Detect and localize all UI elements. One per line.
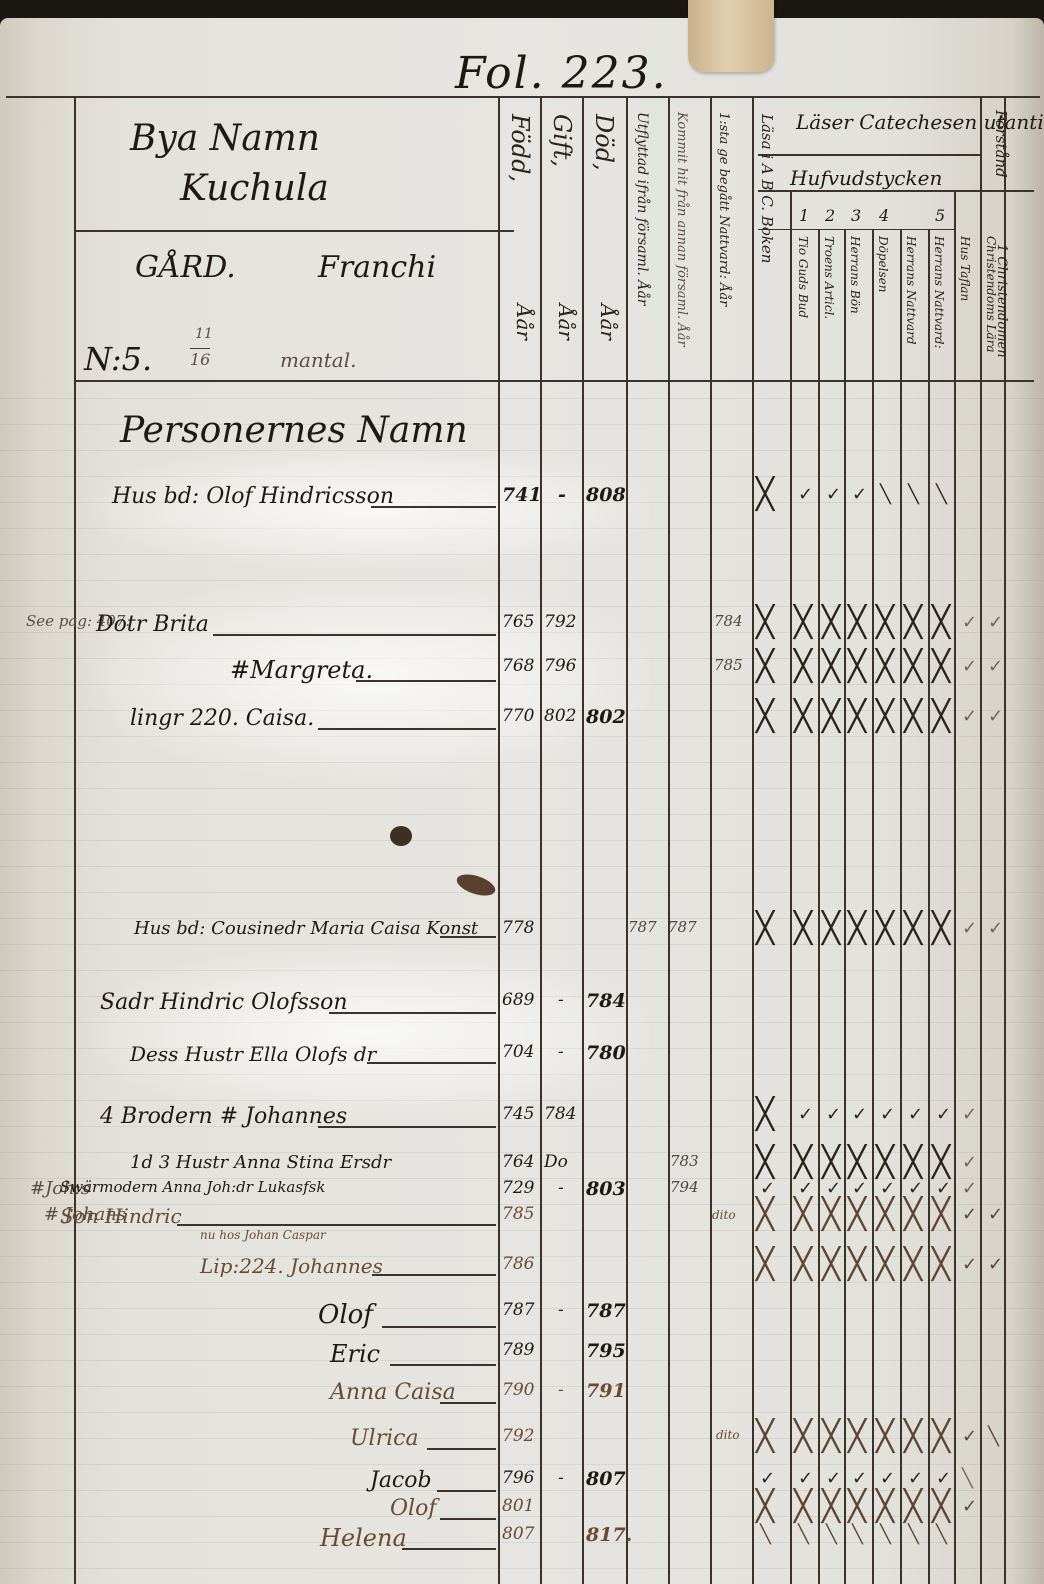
subcolumn-number: 4 xyxy=(879,206,889,225)
cross-mark: ╳ xyxy=(794,1492,812,1522)
col-gift-label: Gift, xyxy=(548,114,576,167)
check-mark: ✓ xyxy=(936,1180,951,1198)
slash-mark: ╲ xyxy=(988,1428,999,1446)
check-mark: ✓ xyxy=(936,1470,951,1488)
cross-mark: ╳ xyxy=(876,1422,894,1452)
name-leader-line xyxy=(356,680,496,682)
check-mark: ✓ xyxy=(852,1180,867,1198)
col-abc-label: Läsa i A B C. Boken xyxy=(758,114,776,263)
ruling-line xyxy=(0,1360,1044,1361)
column-line xyxy=(818,229,820,1584)
ruling-line xyxy=(0,398,1044,399)
check-mark: ✓ xyxy=(760,1180,775,1198)
subcolumn-number: 5 xyxy=(935,206,945,225)
check-mark: ✓ xyxy=(852,1106,867,1124)
death-year: 817. xyxy=(586,1524,632,1546)
check-mark: ✓ xyxy=(962,1428,977,1446)
person-name: Helena xyxy=(320,1524,407,1552)
name-leader-line xyxy=(318,1126,496,1128)
check-mark: ✓ xyxy=(988,658,1003,676)
name-leader-line xyxy=(437,1490,496,1492)
death-year: 791 xyxy=(586,1380,626,1402)
subcolumn-label: Tio Guds Bud xyxy=(796,236,810,318)
register-page: Fol. 223. Bya Namn Kuchula GÅRD. Franchi… xyxy=(0,18,1044,1584)
cross-mark: ╳ xyxy=(848,1200,866,1230)
person-name: Hus bd: Olof Hindricsson xyxy=(112,484,394,509)
cross-mark: ╳ xyxy=(822,652,840,682)
death-year: 795 xyxy=(586,1340,626,1362)
ruling-line xyxy=(0,840,1044,841)
name-leader-line xyxy=(177,1224,496,1226)
check-mark: ✓ xyxy=(988,1256,1003,1274)
col-inkommit-label: Kommit hit från annan församl. Åår xyxy=(674,112,689,347)
name-leader-line xyxy=(402,1548,496,1550)
cross-mark: ╳ xyxy=(848,652,866,682)
column-line xyxy=(752,96,754,1584)
marriage-year: 802 xyxy=(544,706,576,726)
subnum-rule xyxy=(758,229,954,230)
column-line xyxy=(710,96,712,1584)
ruling-line xyxy=(0,1100,1044,1101)
check-mark: ✓ xyxy=(962,1180,977,1198)
ink-blot xyxy=(390,826,412,846)
cross-mark: ╳ xyxy=(904,1422,922,1452)
ruling-line xyxy=(0,866,1044,867)
cross-mark: ╳ xyxy=(794,914,812,944)
check-mark: ✓ xyxy=(962,614,977,632)
cross-mark: ╳ xyxy=(822,914,840,944)
subcolumn-label: Herrans Nattvard: xyxy=(932,236,946,349)
cross-mark: ╳ xyxy=(876,1148,894,1178)
cross-mark: ╳ xyxy=(876,652,894,682)
ruling-line xyxy=(0,476,1044,477)
column-line xyxy=(954,190,956,1584)
cross-mark: ╳ xyxy=(756,1492,774,1522)
person-name: Lip:224. Johannes xyxy=(200,1254,383,1278)
ruling-line xyxy=(0,528,1044,529)
birth-year: 778 xyxy=(502,918,534,938)
death-year: 802 xyxy=(586,706,626,728)
cross-mark: ╳ xyxy=(848,608,866,638)
birth-year: 792 xyxy=(502,1426,534,1446)
death-year: 787 xyxy=(586,1300,626,1322)
slash-mark: ╲ xyxy=(908,486,919,504)
cross-mark: ╳ xyxy=(756,480,774,510)
cross-mark: ╳ xyxy=(756,702,774,732)
column-line xyxy=(540,96,542,1584)
column-line xyxy=(790,190,792,1584)
column-line xyxy=(498,96,500,1584)
cross-mark: ╳ xyxy=(794,608,812,638)
birth-year: 787 xyxy=(502,1300,534,1320)
subcolumn-label: Troens Articl. xyxy=(822,236,836,319)
check-mark: ✓ xyxy=(988,920,1003,938)
ruling-line xyxy=(0,1412,1044,1413)
village-label: Bya Namn xyxy=(130,118,320,159)
cross-mark: ╳ xyxy=(756,1148,774,1178)
birth-year: 768 xyxy=(502,656,534,676)
column-line xyxy=(74,96,76,1584)
cross-mark: ╳ xyxy=(822,1200,840,1230)
subcolumn-label: Herrans Bön xyxy=(848,236,862,314)
cross-mark: ╳ xyxy=(848,1250,866,1280)
cross-mark: ╳ xyxy=(932,702,950,732)
farm-label: GÅRD. xyxy=(135,250,236,285)
column-line xyxy=(626,96,628,1584)
cross-mark: ╳ xyxy=(756,608,774,638)
death-year: 807 xyxy=(586,1468,626,1490)
folio-number: Fol. 223. xyxy=(455,48,668,99)
ruling-line xyxy=(0,1074,1044,1075)
ruling-line xyxy=(0,814,1044,815)
slash-mark: ╲ xyxy=(826,1526,837,1544)
slash-mark: ╲ xyxy=(852,1526,863,1544)
cross-mark: ╳ xyxy=(876,1200,894,1230)
check-mark: ✓ xyxy=(962,1154,977,1172)
subcolumn-label: Hus Taflan xyxy=(958,236,972,301)
birth-year: 789 xyxy=(502,1340,534,1360)
person-name: Olof xyxy=(318,1300,373,1330)
slash-mark: ╲ xyxy=(798,1526,809,1544)
check-mark: ✓ xyxy=(962,1206,977,1224)
person-name: Hus bd: Cousinedr Maria Caisa Konst xyxy=(134,918,478,939)
cross-mark: ╳ xyxy=(848,914,866,944)
death-year: 808 xyxy=(586,484,626,506)
ruling-line xyxy=(0,1568,1044,1569)
cross-mark: ╳ xyxy=(932,1200,950,1230)
person-name: Anna Caisa xyxy=(330,1380,456,1405)
cross-mark: ╳ xyxy=(794,1422,812,1452)
slash-mark: ╲ xyxy=(880,1526,891,1544)
col-dod-unit: Åår xyxy=(596,304,620,340)
person-name: Swärmodern Anna Joh:dr Lukasfsk xyxy=(60,1178,325,1196)
check-mark: ✓ xyxy=(988,708,1003,726)
cross-mark: ╳ xyxy=(794,1250,812,1280)
cross-mark: ╳ xyxy=(876,914,894,944)
person-name: lingr 220. Caisa. xyxy=(130,706,314,731)
check-mark: ✓ xyxy=(880,1470,895,1488)
col-forstand-sub: 1 Christendomen xyxy=(994,244,1009,358)
person-name: 4 Brodern # Johannes xyxy=(100,1104,347,1129)
marriage-year: - xyxy=(558,484,566,506)
cross-mark: ╳ xyxy=(822,1422,840,1452)
marriage-year: - xyxy=(558,1178,564,1198)
check-mark: ✓ xyxy=(962,920,977,938)
ink-blot xyxy=(454,870,498,899)
check-mark: ✓ xyxy=(852,1470,867,1488)
check-mark: ✓ xyxy=(908,1180,923,1198)
cross-mark: ╳ xyxy=(822,702,840,732)
marriage-year: - xyxy=(558,1042,564,1062)
subcolumn-number: 3 xyxy=(851,206,861,225)
marriage-year: - xyxy=(558,990,564,1010)
marriage-year: - xyxy=(558,1380,564,1400)
person-name: #Margreta. xyxy=(230,656,373,684)
death-year: 780 xyxy=(586,1042,626,1064)
cross-mark: ╳ xyxy=(876,1492,894,1522)
birth-year: 785 xyxy=(502,1204,534,1224)
ruling-line xyxy=(0,970,1044,971)
col-fodd-unit: Åår xyxy=(512,304,536,340)
header-bottom-rule xyxy=(74,380,1034,382)
person-name: 1d 3 Hustr Anna Stina Ersdr xyxy=(130,1152,391,1173)
slash-mark: ╲ xyxy=(962,1470,973,1488)
ruling-line xyxy=(0,580,1044,581)
col-dod-label: Död, xyxy=(590,114,618,171)
name-leader-line xyxy=(318,728,496,730)
birth-year: 765 xyxy=(502,612,534,632)
check-mark: ✓ xyxy=(988,614,1003,632)
name-leader-line xyxy=(390,1364,496,1366)
birth-year: 801 xyxy=(502,1496,534,1516)
check-mark: ✓ xyxy=(798,486,813,504)
check-mark: ✓ xyxy=(826,486,841,504)
col-fodd-label: Född, xyxy=(506,114,534,182)
cross-mark: ╳ xyxy=(848,702,866,732)
cross-mark: ╳ xyxy=(822,608,840,638)
cross-mark: ╳ xyxy=(822,1492,840,1522)
communion-year: 785 xyxy=(714,656,743,674)
check-mark: ✓ xyxy=(798,1180,813,1198)
column-line xyxy=(980,96,982,1584)
cross-mark: ╳ xyxy=(904,914,922,944)
mantal-denominator: 16 xyxy=(190,348,210,369)
cross-mark: ╳ xyxy=(904,1250,922,1280)
cross-mark: ╳ xyxy=(756,1100,774,1130)
cross-mark: ╳ xyxy=(904,608,922,638)
check-mark: ✓ xyxy=(798,1106,813,1124)
person-name: Son Hindric xyxy=(60,1204,182,1228)
column-line xyxy=(668,96,670,1584)
name-leader-line xyxy=(372,1274,496,1276)
scan-glare xyxy=(90,948,650,1118)
marriage-year: Do xyxy=(544,1152,568,1172)
check-mark: ✓ xyxy=(936,1106,951,1124)
cross-mark: ╳ xyxy=(848,1422,866,1452)
slash-mark: ╲ xyxy=(880,486,891,504)
cross-mark: ╳ xyxy=(794,1148,812,1178)
check-mark: ✓ xyxy=(826,1470,841,1488)
name-leader-line xyxy=(382,1326,496,1328)
marriage-year: - xyxy=(558,1468,564,1488)
check-mark: ✓ xyxy=(826,1180,841,1198)
subcolumn-label: Döpelsen xyxy=(876,236,890,292)
col-utflyttad-label: Utflyttad ifrån församl. Åår xyxy=(634,112,650,305)
ruling-line xyxy=(0,788,1044,789)
mantal-label: mantal. xyxy=(280,348,356,372)
person-name: Dotr Brita xyxy=(96,612,209,637)
top-rule xyxy=(6,96,1040,98)
ruling-line xyxy=(0,1464,1044,1465)
mantal-numerator: 11 xyxy=(195,326,213,342)
check-mark: ✓ xyxy=(962,1498,977,1516)
moved-in-year: 794 xyxy=(670,1178,699,1196)
cross-mark: ╳ xyxy=(904,652,922,682)
name-leader-line xyxy=(371,506,496,508)
cross-mark: ╳ xyxy=(932,914,950,944)
cross-mark: ╳ xyxy=(756,1422,774,1452)
hufvudstycken-label: Hufvudstycken xyxy=(790,166,942,190)
birth-year: 741 xyxy=(502,484,542,506)
marriage-year: 792 xyxy=(544,612,576,632)
dito-note: dito xyxy=(716,1428,740,1442)
moved-in-year: 787 xyxy=(668,918,697,936)
birth-year: 790 xyxy=(502,1380,534,1400)
person-name: Ulrica xyxy=(350,1426,419,1451)
check-mark: ✓ xyxy=(826,1106,841,1124)
ruling-line xyxy=(0,762,1044,763)
dito-note: dito xyxy=(712,1208,736,1222)
check-mark: ✓ xyxy=(908,1106,923,1124)
communion-year: 784 xyxy=(714,612,743,630)
person-name: Jacob xyxy=(370,1468,432,1493)
column-line xyxy=(844,229,846,1584)
col-forstand-label: Förstånd xyxy=(992,110,1010,178)
name-leader-line xyxy=(440,1402,496,1404)
cross-mark: ╳ xyxy=(932,1148,950,1178)
subcolumn-number: 2 xyxy=(825,206,835,225)
check-mark: ✓ xyxy=(880,1106,895,1124)
check-mark: ✓ xyxy=(852,486,867,504)
birth-year: 764 xyxy=(502,1152,534,1172)
death-year: 784 xyxy=(586,990,626,1012)
ruling-line xyxy=(0,554,1044,555)
ruling-line xyxy=(0,892,1044,893)
check-mark: ✓ xyxy=(962,1256,977,1274)
cross-mark: ╳ xyxy=(904,1492,922,1522)
check-mark: ✓ xyxy=(908,1470,923,1488)
ruling-line xyxy=(0,1282,1044,1283)
moved-in-year: 783 xyxy=(670,1152,699,1170)
check-mark: ✓ xyxy=(880,1180,895,1198)
hufvud-rule xyxy=(758,190,1034,192)
birth-year: 745 xyxy=(502,1104,534,1124)
name-leader-line xyxy=(367,1062,496,1064)
birth-year: 689 xyxy=(502,990,534,1010)
marriage-year: 784 xyxy=(544,1104,576,1124)
cross-mark: ╳ xyxy=(876,1250,894,1280)
cross-mark: ╳ xyxy=(904,1148,922,1178)
check-mark: ✓ xyxy=(962,708,977,726)
ruling-line xyxy=(0,736,1044,737)
cross-mark: ╳ xyxy=(756,1250,774,1280)
marriage-year: 796 xyxy=(544,656,576,676)
name-leader-line xyxy=(440,936,496,938)
birth-year: 729 xyxy=(502,1178,534,1198)
cross-mark: ╳ xyxy=(932,652,950,682)
ruling-line xyxy=(0,1334,1044,1335)
slash-mark: ╲ xyxy=(936,486,947,504)
check-mark: ✓ xyxy=(988,1206,1003,1224)
farm-name: Franchi xyxy=(318,250,436,285)
persons-heading: Personernes Namn xyxy=(120,410,468,451)
cross-mark: ╳ xyxy=(932,1250,950,1280)
subcolumn-number: 1 xyxy=(799,206,809,225)
slash-mark: ╲ xyxy=(908,1526,919,1544)
check-mark: ✓ xyxy=(798,1470,813,1488)
person-name: nu hos Johan Caspar xyxy=(200,1228,326,1242)
cross-mark: ╳ xyxy=(904,702,922,732)
name-leader-line xyxy=(427,1448,496,1450)
cross-mark: ╳ xyxy=(932,608,950,638)
cross-mark: ╳ xyxy=(848,1148,866,1178)
cross-mark: ╳ xyxy=(794,1200,812,1230)
subcolumn-label: Herrans Nattvard xyxy=(904,236,918,345)
column-line xyxy=(582,96,584,1584)
cross-mark: ╳ xyxy=(794,702,812,732)
marriage-year: - xyxy=(558,1300,564,1320)
village-name: Kuchula xyxy=(180,168,329,209)
catechism-rule xyxy=(758,154,980,156)
cross-mark: ╳ xyxy=(904,1200,922,1230)
cross-mark: ╳ xyxy=(822,1148,840,1178)
name-leader-line xyxy=(213,634,496,636)
birth-year: 807 xyxy=(502,1524,534,1544)
moved-out-year: 787 xyxy=(628,918,657,936)
person-name: Sadr Hindric Olofsson xyxy=(100,990,348,1015)
birth-year: 704 xyxy=(502,1042,534,1062)
cross-mark: ╳ xyxy=(848,1492,866,1522)
check-mark: ✓ xyxy=(962,1106,977,1124)
village-rule xyxy=(74,230,514,232)
cross-mark: ╳ xyxy=(932,1422,950,1452)
column-line xyxy=(900,229,902,1584)
name-leader-line xyxy=(440,1518,496,1520)
person-name: Eric xyxy=(330,1340,380,1368)
ruling-line xyxy=(0,684,1044,685)
death-year: 803 xyxy=(586,1178,626,1200)
name-leader-line xyxy=(329,1012,496,1014)
birth-year: 770 xyxy=(502,706,534,726)
col-gift-unit: Åår xyxy=(554,304,578,340)
column-line xyxy=(872,229,874,1584)
bookmark-tab xyxy=(688,0,774,72)
farm-number: N:5. xyxy=(84,340,152,378)
person-name: Dess Hustr Ella Olofs dr xyxy=(130,1042,376,1066)
person-name: Olof xyxy=(390,1496,436,1521)
cross-mark: ╳ xyxy=(876,702,894,732)
col-nattvard-label: 1:sta ge begått Nattvard: Åår xyxy=(716,112,731,306)
check-mark: ✓ xyxy=(760,1470,775,1488)
cross-mark: ╳ xyxy=(756,914,774,944)
cross-mark: ╳ xyxy=(932,1492,950,1522)
cross-mark: ╳ xyxy=(794,652,812,682)
check-mark: ✓ xyxy=(962,658,977,676)
ruling-line xyxy=(0,1022,1044,1023)
birth-year: 796 xyxy=(502,1468,534,1488)
cross-mark: ╳ xyxy=(876,608,894,638)
cross-mark: ╳ xyxy=(756,1200,774,1230)
cross-mark: ╳ xyxy=(756,652,774,682)
birth-year: 786 xyxy=(502,1254,534,1274)
column-line xyxy=(928,229,930,1584)
slash-mark: ╲ xyxy=(760,1526,771,1544)
slash-mark: ╲ xyxy=(936,1526,947,1544)
cross-mark: ╳ xyxy=(822,1250,840,1280)
